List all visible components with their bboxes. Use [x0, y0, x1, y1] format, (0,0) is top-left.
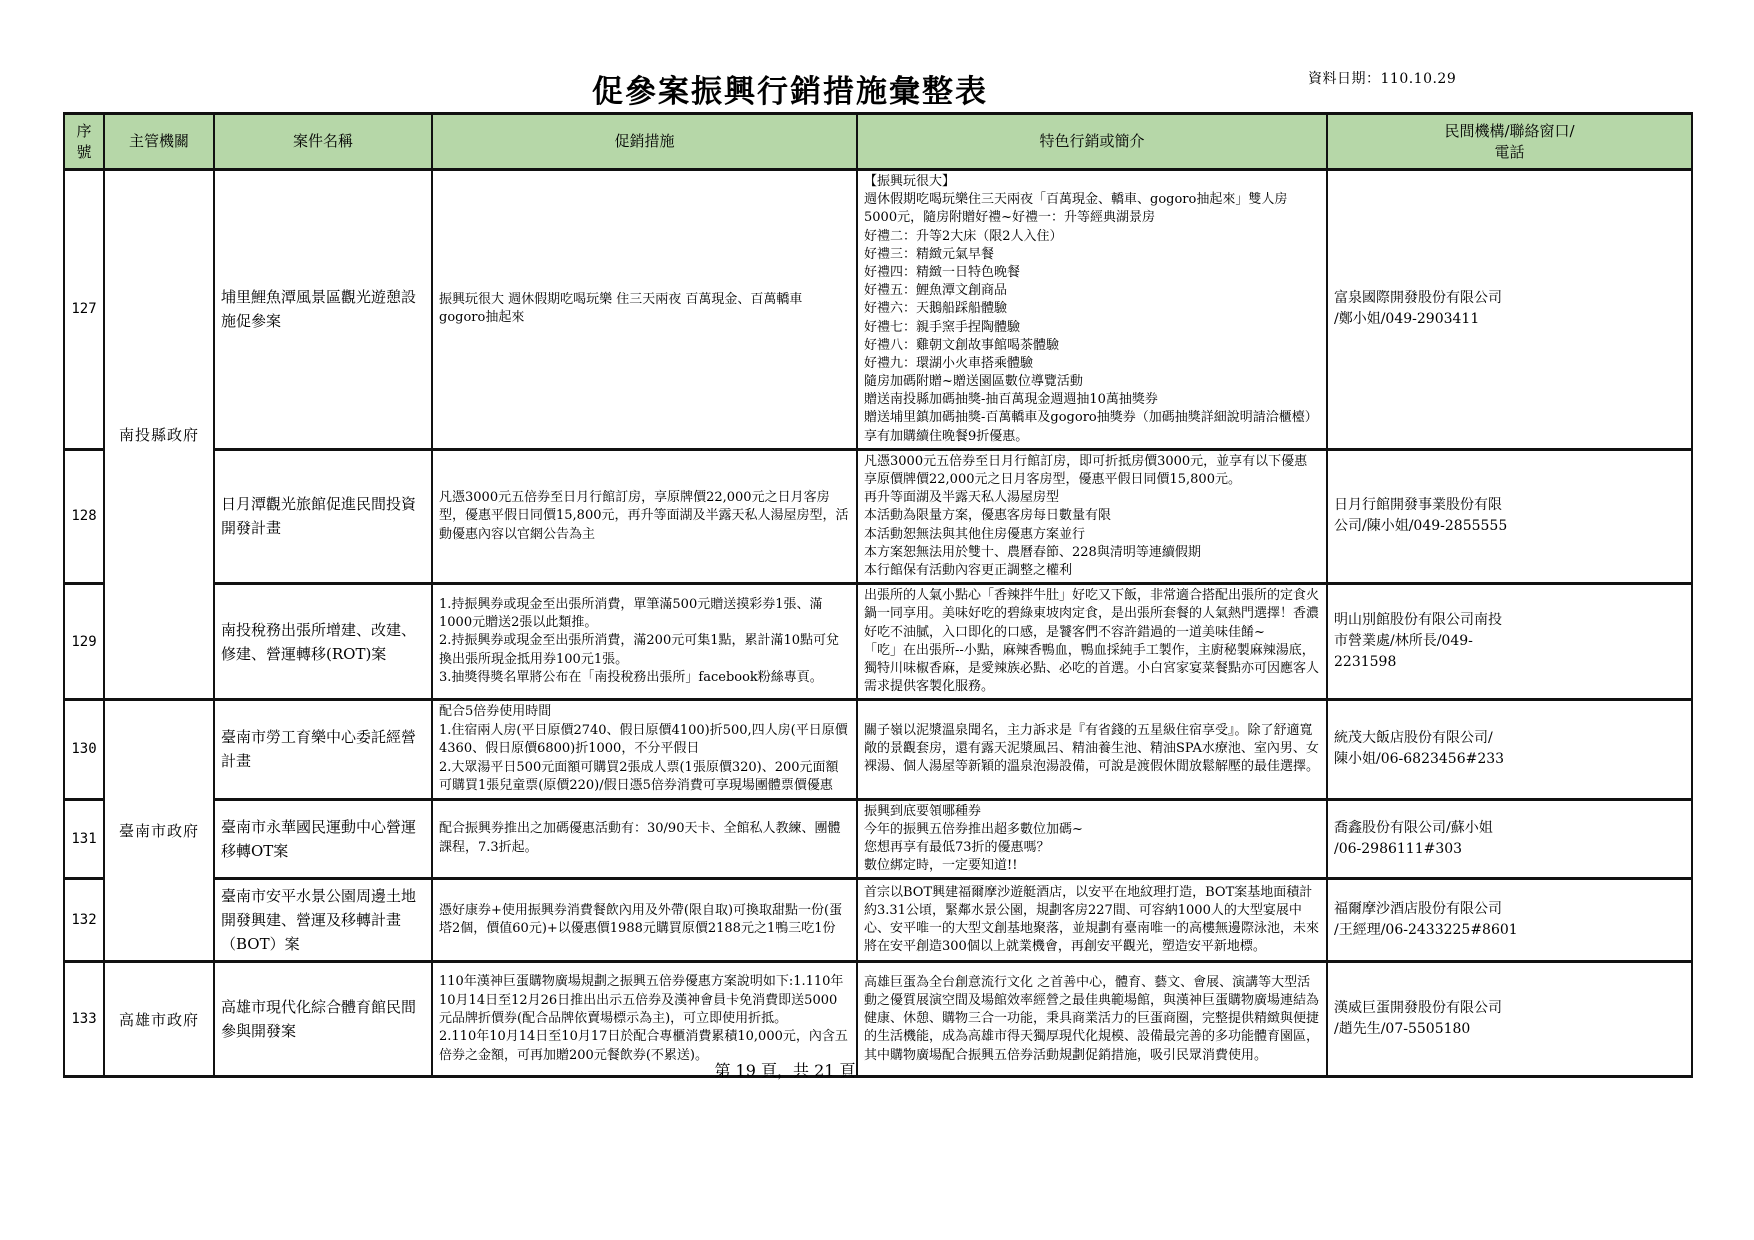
header-promo: 促銷措施	[432, 114, 857, 170]
table-row: 128 日月潭觀光旅館促進民間投資開發計畫 凡憑3000元五倍券至日月行館訂房，…	[64, 449, 1692, 583]
feature-cell: 凡憑3000元五倍券至日月行館訂房，即可折抵房價3000元，並享有以下優惠 享原…	[857, 449, 1327, 583]
feature-cell: 【振興玩很大】 週休假期吃喝玩樂住三天兩夜「百萬現金、轎車、gogoro抽起來」…	[857, 170, 1327, 450]
contact-cell: 明山別館股份有限公司南投 市營業處/林所長/049- 2231598	[1327, 584, 1692, 700]
promo-cell: 1.持振興券或現金至出張所消費，單筆滿500元贈送摸彩券1張、滿1000元贈送2…	[432, 584, 857, 700]
serial-cell: 128	[64, 449, 104, 583]
case-name-cell: 臺南市安平水景公園周邊土地開發興建、營運及移轉計畫（BOT）案	[214, 879, 432, 962]
table-row: 131 臺南市永華國民運動中心營運移轉OT案 配合振興券推出之加碼優惠活動有：3…	[64, 799, 1692, 879]
feature-cell: 出張所的人氣小點心「香辣拌牛肚」好吃又下飯，非常適合搭配出張所的定食火鍋一同享用…	[857, 584, 1327, 700]
table-row: 127 南投縣政府 埔里鯉魚潭風景區觀光遊憩設施促參案 振興玩很大 週休假期吃喝…	[64, 170, 1692, 450]
feature-cell: 首宗以BOT興建福爾摩沙遊艇酒店，以安平在地紋理打造，BOT案基地面積計約3.3…	[857, 879, 1327, 962]
promo-cell: 凡憑3000元五倍券至日月行館訂房，享原牌價22,000元之日月客房型，優惠平假…	[432, 449, 857, 583]
serial-cell: 129	[64, 584, 104, 700]
promo-cell: 憑好康券+使用振興券消費餐飲內用及外帶(限自取)可換取甜點一份(蛋塔2個，價值6…	[432, 879, 857, 962]
header-contact: 民間機構/聯絡窗口/ 電話	[1327, 114, 1692, 170]
feature-cell: 關子嶺以泥漿溫泉聞名，主力訴求是『有省錢的五星級住宿享受』。除了舒適寬敞的景觀套…	[857, 700, 1327, 799]
header-agency: 主管機關	[104, 114, 214, 170]
case-name-cell: 日月潭觀光旅館促進民間投資開發計畫	[214, 449, 432, 583]
contact-cell: 福爾摩沙酒店股份有限公司 /王經理/06-2433225#8601	[1327, 879, 1692, 962]
table-row: 130 臺南市政府 臺南市勞工育樂中心委託經營計畫 配合5倍券使用時間 1.住宿…	[64, 700, 1692, 799]
promo-cell: 振興玩很大 週休假期吃喝玩樂 住三天兩夜 百萬現金、百萬轎車 gogoro抽起來	[432, 170, 857, 450]
header-serial: 序 號	[64, 114, 104, 170]
promo-cell: 配合振興券推出之加碼優惠活動有：30/90天卡、全館私人教練、團體課程，7.3折…	[432, 799, 857, 879]
agency-cell-nantou: 南投縣政府	[104, 170, 214, 700]
table-header-row: 序 號 主管機關 案件名稱 促銷措施 特色行銷或簡介 民間機構/聯絡窗口/ 電話	[64, 114, 1692, 170]
promo-cell: 配合5倍券使用時間 1.住宿兩人房(平日原價2740、假日原價4100)折500…	[432, 700, 857, 799]
case-name-cell: 臺南市永華國民運動中心營運移轉OT案	[214, 799, 432, 879]
case-name-cell: 埔里鯉魚潭風景區觀光遊憩設施促參案	[214, 170, 432, 450]
serial-cell: 130	[64, 700, 104, 799]
page-number-footer: 第 19 頁，共 21 頁	[0, 1058, 1570, 1081]
header-case-name: 案件名稱	[214, 114, 432, 170]
case-name-cell: 臺南市勞工育樂中心委託經營計畫	[214, 700, 432, 799]
case-name-cell: 南投稅務出張所增建、改建、修建、營運轉移(ROT)案	[214, 584, 432, 700]
contact-cell: 富泉國際開發股份有限公司 /鄭小姐/049-2903411	[1327, 170, 1692, 450]
contact-cell: 日月行館開發事業股份有限 公司/陳小姐/049-2855555	[1327, 449, 1692, 583]
table-row: 129 南投稅務出張所增建、改建、修建、營運轉移(ROT)案 1.持振興券或現金…	[64, 584, 1692, 700]
agency-cell-tainan: 臺南市政府	[104, 700, 214, 962]
summary-table: 序 號 主管機關 案件名稱 促銷措施 特色行銷或簡介 民間機構/聯絡窗口/ 電話…	[63, 112, 1693, 1078]
table-row: 132 臺南市安平水景公園周邊土地開發興建、營運及移轉計畫（BOT）案 憑好康券…	[64, 879, 1692, 962]
serial-cell: 127	[64, 170, 104, 450]
serial-cell: 132	[64, 879, 104, 962]
contact-cell: 喬鑫股份有限公司/蘇小姐 /06-2986111#303	[1327, 799, 1692, 879]
serial-cell: 131	[64, 799, 104, 879]
header-feature: 特色行銷或簡介	[857, 114, 1327, 170]
contact-cell: 統茂大飯店股份有限公司/ 陳小姐/06-6823456#233	[1327, 700, 1692, 799]
page-title: 促參案振興行銷措施彙整表	[0, 66, 1580, 111]
feature-cell: 振興到底要領哪種券 今年的振興五倍券推出超多數位加碼~ 您想再享有最低73折的優…	[857, 799, 1327, 879]
